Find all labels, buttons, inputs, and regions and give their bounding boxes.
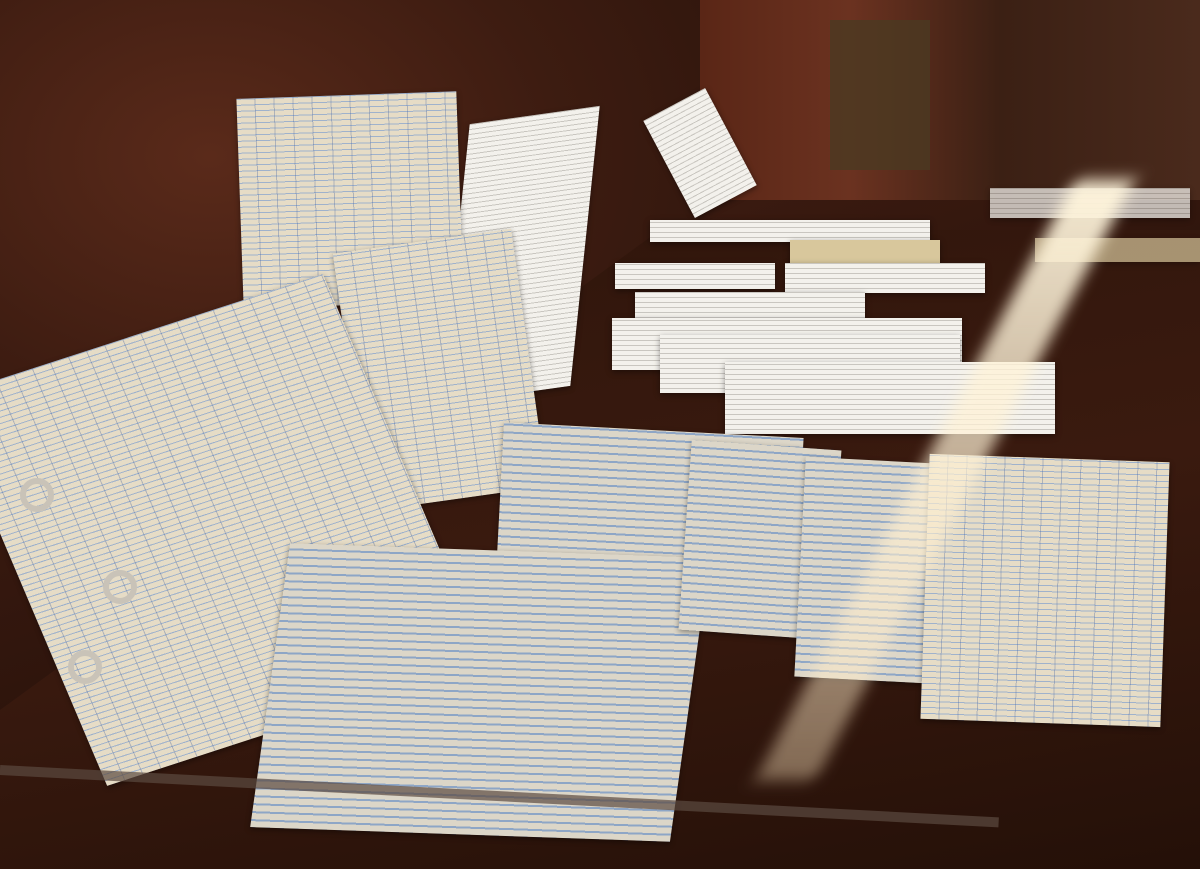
typed-document [785,263,985,293]
typed-document [650,220,930,242]
glass-display-case [700,0,1200,200]
museum-display-photo: Museum glass display case containing age… [0,0,1200,869]
typed-document [615,263,775,289]
binder-ring [103,570,137,604]
typed-document [790,240,940,264]
binder-ring [68,650,102,684]
glass-pane [830,20,930,170]
binder-ring [20,478,54,512]
